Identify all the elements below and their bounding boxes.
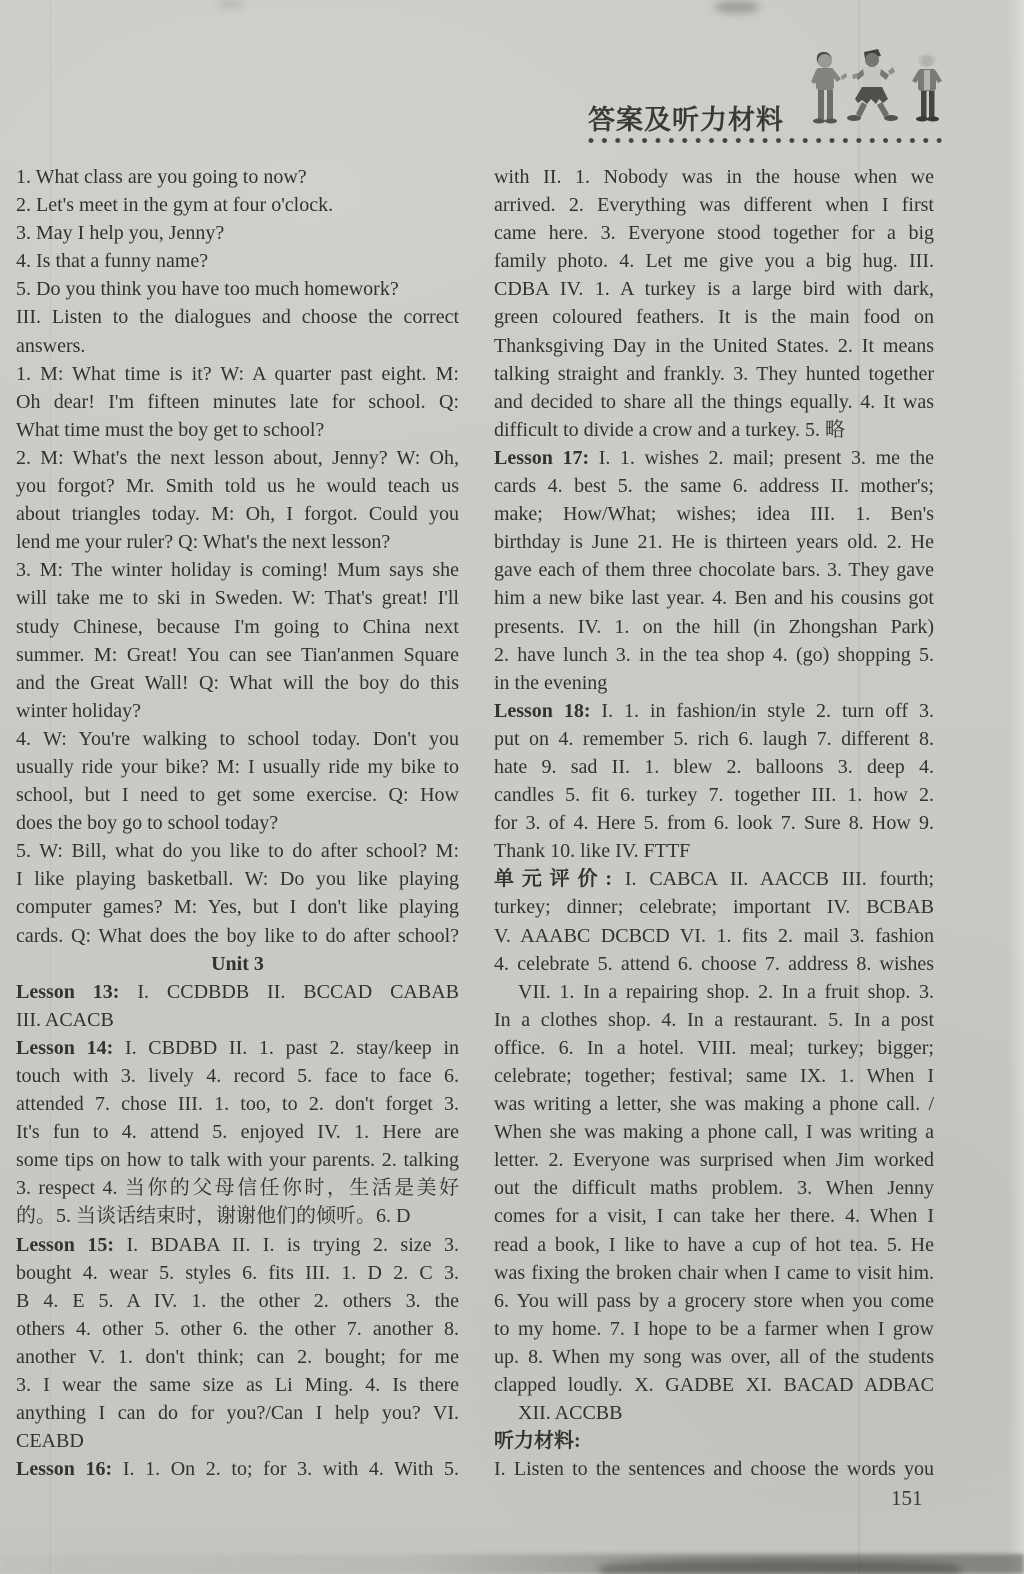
text-line: with II. 1. Nobody was in the house when… — [494, 163, 934, 191]
text-line: 3. I wear the same size as Li Ming. 4. I… — [16, 1371, 459, 1399]
text-line: III. ACACB — [16, 1006, 459, 1034]
text-line: cards. Q: What does the boy like to do a… — [16, 922, 459, 950]
text-line: Lesson 18: I. 1. in fashion/in style 2. … — [494, 697, 934, 725]
scan-crease-line — [50, 0, 51, 1574]
bold-label: Lesson 17: — [494, 447, 589, 469]
scan-edge-highlight — [1008, 0, 1024, 1574]
text-line: 6. You will pass by a grocery store when… — [494, 1287, 934, 1315]
text-line: 2. have lunch 3. in the tea shop 4. (go)… — [494, 641, 934, 669]
scan-bottom-shadow — [600, 1560, 960, 1574]
text-line: was writing a letter, she was making a p… — [494, 1090, 934, 1118]
text-line: you forgot? Mr. Smith told us he would t… — [16, 472, 459, 500]
text-line: difficult to divide a crow and a turkey.… — [494, 416, 934, 444]
page-title: 答案及听力材料 — [588, 103, 788, 137]
text-line: read a book, I like to have a cup of hot… — [494, 1231, 934, 1259]
text-line: attended 7. chose III. 1. too, to 2. don… — [16, 1090, 459, 1118]
text-line: It's fun to 4. attend 5. enjoyed IV. 1. … — [16, 1118, 459, 1146]
text-line: him a new bike last year. 4. Ben and his… — [494, 584, 934, 612]
text-line: study Chinese, because I'm going to Chin… — [16, 613, 459, 641]
text-line: 2. Let's meet in the gym at four o'clock… — [16, 191, 459, 219]
text-line: cards 4. best 5. the same 6. address II.… — [494, 472, 934, 500]
text-line: 4. Is that a funny name? — [16, 247, 459, 275]
text-line: winter holiday? — [16, 697, 459, 725]
bold-label: Lesson 18: — [494, 700, 591, 722]
text-line: touch with 3. lively 4. record 5. face t… — [16, 1062, 459, 1090]
text-line: XII. ACCBB — [494, 1399, 934, 1427]
text-line: 单元评价: I. CABCA II. AACCB III. fourth; — [494, 865, 934, 893]
text-line: Lesson 15: I. BDABA II. I. is trying 2. … — [16, 1231, 459, 1259]
text-line: for 3. of 4. Here 5. from 6. look 7. Sur… — [494, 809, 934, 837]
cartoon-children-illustration — [796, 48, 948, 140]
bold-label: Lesson 14: — [16, 1037, 113, 1059]
text-line: In a clothes shop. 4. In a restaurant. 5… — [494, 1006, 934, 1034]
text-line: 2. M: What's the next lesson about, Jenn… — [16, 444, 459, 472]
text-line: What time must the boy get to school? — [16, 416, 459, 444]
text-line: I like playing basketball. W: Do you lik… — [16, 865, 459, 893]
page-number: 151 — [891, 1486, 923, 1511]
text-line: another V. 1. don't think; can 2. bought… — [16, 1343, 459, 1371]
text-line: Unit 3 — [16, 950, 459, 978]
text-line: III. Listen to the dialogues and choose … — [16, 303, 459, 331]
text-line: 听力材料: — [494, 1427, 934, 1455]
text-line: office. 6. In a hotel. VIII. meal; turke… — [494, 1034, 934, 1062]
text-line: arrived. 2. Everything was different whe… — [494, 191, 934, 219]
text-line: 1. What class are you going to now? — [16, 163, 459, 191]
text-line: CDBA IV. 1. A turkey is a large bird wit… — [494, 275, 934, 303]
bold-label: 听力材料: — [494, 1430, 581, 1452]
scan-smudge — [714, 1, 760, 13]
scan-crease-line — [858, 0, 860, 1574]
text-line: anything I can do for you?/Can I help yo… — [16, 1399, 459, 1427]
text-line: letter. 2. Everyone was surprised when J… — [494, 1146, 934, 1174]
text-line: Lesson 16: I. 1. On 2. to; for 3. with 4… — [16, 1455, 459, 1483]
text-line: celebrate; together; festival; same IX. … — [494, 1062, 934, 1090]
left-text-column: 1. What class are you going to now?2. Le… — [16, 163, 459, 1483]
text-line: does the boy go to school today? — [16, 809, 459, 837]
text-line: 5. Do you think you have too much homewo… — [16, 275, 459, 303]
text-line: birthday is June 21. He is thirteen year… — [494, 528, 934, 556]
text-line: usually ride your bike? M: I usually rid… — [16, 753, 459, 781]
text-line: in the evening — [494, 669, 934, 697]
bold-label: Lesson 13: — [16, 981, 119, 1003]
bold-label: Lesson 16: — [16, 1458, 112, 1480]
text-line: bought 4. wear 5. styles 6. fits III. 1.… — [16, 1259, 459, 1287]
text-line: Lesson 14: I. CBDBD II. 1. past 2. stay/… — [16, 1034, 459, 1062]
text-line: up. 8. When my song was over, all of the… — [494, 1343, 934, 1371]
text-line: Lesson 13: I. CCDBDB II. BCCAD CABAB — [16, 978, 459, 1006]
text-line: 的。5. 当谈话结束时，谢谢他们的倾听。6. D — [16, 1202, 459, 1230]
text-line: gave each of them three chocolate bars. … — [494, 556, 934, 584]
text-line: turkey; dinner; celebrate; important IV.… — [494, 893, 934, 921]
text-line: talking straight and frankly. 3. They hu… — [494, 360, 934, 388]
text-line: some tips on how to talk with your paren… — [16, 1146, 459, 1174]
text-line: 3. May I help you, Jenny? — [16, 219, 459, 247]
text-line: presents. IV. 1. on the hill (in Zhongsh… — [494, 613, 934, 641]
text-line: put on 4. remember 5. rich 6. laugh 7. d… — [494, 725, 934, 753]
text-line: family photo. 4. Let me give you a big h… — [494, 247, 934, 275]
text-line: Lesson 17: I. 1. wishes 2. mail; present… — [494, 444, 934, 472]
right-text-column: with II. 1. Nobody was in the house when… — [494, 163, 934, 1483]
text-line: 5. W: Bill, what do you like to do after… — [16, 837, 459, 865]
bold-label: Lesson 15: — [16, 1234, 114, 1256]
scan-smudge — [218, 0, 244, 8]
text-line: 3. M: The winter holiday is coming! Mum … — [16, 556, 459, 584]
text-line: V. AAABC DCBCD VI. 1. fits 2. mail 3. fa… — [494, 922, 934, 950]
text-line: answers. — [16, 332, 459, 360]
text-line: summer. M: Great! You can see Tian'anmen… — [16, 641, 459, 669]
text-line: and decided to share all the things equa… — [494, 388, 934, 416]
text-line: school, but I need to get some exercise.… — [16, 781, 459, 809]
bold-label: 单元评价: — [494, 868, 612, 890]
text-line: 4. W: You're walking to school today. Do… — [16, 725, 459, 753]
text-line: candles 5. fit 6. turkey 7. together III… — [494, 781, 934, 809]
text-line: was fixing the broken chair when I came … — [494, 1259, 934, 1287]
text-line: will take me to ski in Sweden. W: That's… — [16, 584, 459, 612]
text-line: comes for a visit, I can take her there.… — [494, 1202, 934, 1230]
text-line: 1. M: What time is it? W: A quarter past… — [16, 360, 459, 388]
text-line: about triangles today. M: Oh, I forgot. … — [16, 500, 459, 528]
text-line: and the Great Wall! Q: What will the boy… — [16, 669, 459, 697]
text-line: came here. 3. Everyone stood together fo… — [494, 219, 934, 247]
text-line: out the difficult maths problem. 3. When… — [494, 1174, 934, 1202]
text-line: I. Listen to the sentences and choose th… — [494, 1455, 934, 1483]
text-line: hate 9. sad II. 1. blew 2. balloons 3. d… — [494, 753, 934, 781]
text-line: clapped loudly. X. GADBE XI. BACAD ADBAC — [494, 1371, 934, 1399]
text-line: Thanksgiving Day in the United States. 2… — [494, 332, 934, 360]
text-line: CEABD — [16, 1427, 459, 1455]
text-line: 3. respect 4. 当你的父母信任你时，生活是美好 — [16, 1174, 459, 1202]
text-line: to my home. 7. I hope to be a farmer whe… — [494, 1315, 934, 1343]
text-line: others 4. other 5. other 6. the other 7.… — [16, 1315, 459, 1343]
text-line: VII. 1. In a repairing shop. 2. In a fru… — [494, 978, 934, 1006]
text-line: Oh dear! I'm fifteen minutes late for sc… — [16, 388, 459, 416]
text-line: When she was making a phone call, I was … — [494, 1118, 934, 1146]
text-line: B 4. E 5. A IV. 1. the other 2. others 3… — [16, 1287, 459, 1315]
scanned-answer-key-page: 答案及听力材料 — [0, 0, 1024, 1574]
text-line: green coloured feathers. It is the main … — [494, 303, 934, 331]
text-line: Thank 10. like IV. FTTF — [494, 837, 934, 865]
text-line: 4. celebrate 5. attend 6. choose 7. addr… — [494, 950, 934, 978]
text-line: make; How/What; wishes; idea III. 1. Ben… — [494, 500, 934, 528]
text-line: lend me your ruler? Q: What's the next l… — [16, 528, 459, 556]
text-line: computer games? M: Yes, but I don't like… — [16, 893, 459, 921]
